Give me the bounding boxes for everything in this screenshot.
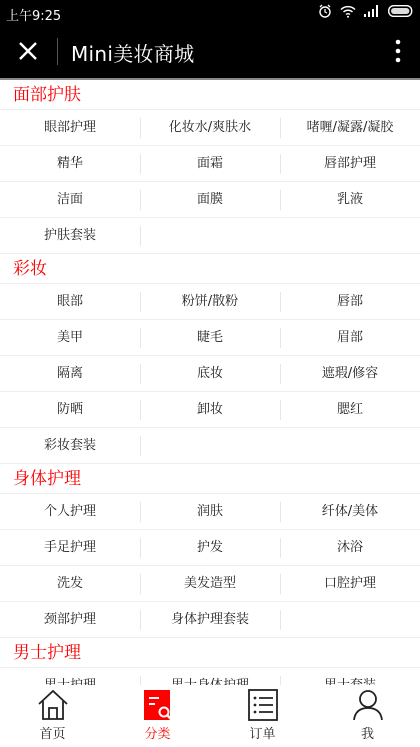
category-row: 眼部 粉饼/散粉 唇部: [0, 284, 420, 320]
wifi-icon: [340, 5, 356, 18]
category-item[interactable]: 润肤: [140, 502, 280, 522]
user-icon: [351, 688, 385, 722]
category-row: 颈部护理 身体护理套装: [0, 602, 420, 638]
category-item[interactable]: 化妆水/爽肤水: [140, 118, 280, 138]
status-bar: 上午9:25: [0, 0, 420, 25]
category-item[interactable]: 美甲: [0, 328, 140, 348]
tab-bar: 首页 分类 订单 我: [0, 685, 420, 747]
signal-icon: [364, 5, 380, 17]
category-row: 个人护理 润肤 纤体/美体: [0, 494, 420, 530]
category-item[interactable]: 沐浴: [280, 538, 420, 558]
category-row: 洁面 面膜 乳液: [0, 182, 420, 218]
page-title: Mini美妆商城: [71, 38, 194, 67]
category-item[interactable]: 唇部: [280, 292, 420, 312]
tab-me[interactable]: 我: [315, 685, 420, 747]
category-item[interactable]: 精华: [0, 154, 140, 174]
category-item[interactable]: 遮瑕/修容: [280, 364, 420, 384]
status-icons: [318, 4, 414, 18]
category-item[interactable]: 卸妆: [140, 400, 280, 420]
status-time: 上午9:25: [6, 5, 61, 24]
category-item[interactable]: 护肤套装: [0, 226, 140, 246]
category-row: 洗发 美发造型 口腔护理: [0, 566, 420, 602]
section-header-makeup: 彩妆: [0, 254, 420, 284]
tab-label: 我: [361, 723, 374, 742]
category-item[interactable]: 身体护理套装: [140, 610, 280, 630]
category-list[interactable]: 面部护肤 眼部护理 化妆水/爽肤水 啫喱/凝露/凝胶 精华 面霜 唇部护理 洁面…: [0, 78, 420, 685]
empty-cell: [140, 226, 280, 246]
empty-cell: [280, 610, 420, 630]
category-item[interactable]: 眼部: [0, 292, 140, 312]
alarm-icon: [318, 4, 332, 18]
category-item[interactable]: 眉部: [280, 328, 420, 348]
tab-home[interactable]: 首页: [0, 685, 105, 747]
battery-icon: [388, 5, 414, 17]
tab-category[interactable]: 分类: [105, 685, 210, 747]
category-item[interactable]: 面膜: [140, 190, 280, 210]
more-vertical-icon[interactable]: [390, 37, 406, 65]
category-row: 男士护理 男士身体护理 男士套装: [0, 668, 420, 685]
title-divider: [57, 38, 58, 65]
category-item[interactable]: 男士身体护理: [140, 676, 280, 686]
category-item[interactable]: 面霜: [140, 154, 280, 174]
category-row: 精华 面霜 唇部护理: [0, 146, 420, 182]
tab-orders[interactable]: 订单: [210, 685, 315, 747]
category-item[interactable]: 睫毛: [140, 328, 280, 348]
category-item[interactable]: 防晒: [0, 400, 140, 420]
tab-label: 首页: [39, 723, 65, 742]
category-item[interactable]: 粉饼/散粉: [140, 292, 280, 312]
category-item[interactable]: 底妆: [140, 364, 280, 384]
category-row: 手足护理 护发 沐浴: [0, 530, 420, 566]
section-header-face-care: 面部护肤: [0, 80, 420, 110]
category-row: 隔离 底妆 遮瑕/修容: [0, 356, 420, 392]
category-item[interactable]: 腮红: [280, 400, 420, 420]
category-item[interactable]: 乳液: [280, 190, 420, 210]
category-item[interactable]: 个人护理: [0, 502, 140, 522]
category-row: 美甲 睫毛 眉部: [0, 320, 420, 356]
category-item[interactable]: 美发造型: [140, 574, 280, 594]
category-item[interactable]: 颈部护理: [0, 610, 140, 630]
category-item[interactable]: 手足护理: [0, 538, 140, 558]
category-search-icon: [141, 688, 175, 722]
category-item[interactable]: 男士套装: [280, 676, 420, 686]
tab-label: 分类: [144, 723, 170, 742]
category-item[interactable]: 隔离: [0, 364, 140, 384]
order-list-icon: [246, 688, 280, 722]
category-item[interactable]: 男士护理: [0, 676, 140, 686]
category-item[interactable]: 洁面: [0, 190, 140, 210]
category-row: 防晒 卸妆 腮红: [0, 392, 420, 428]
category-item[interactable]: 纤体/美体: [280, 502, 420, 522]
category-item[interactable]: 洗发: [0, 574, 140, 594]
tab-label: 订单: [249, 723, 275, 742]
category-item[interactable]: 护发: [140, 538, 280, 558]
category-row: 眼部护理 化妆水/爽肤水 啫喱/凝露/凝胶: [0, 110, 420, 146]
category-row: 护肤套装: [0, 218, 420, 254]
home-icon: [36, 688, 70, 722]
section-header-body-care: 身体护理: [0, 464, 420, 494]
close-icon[interactable]: [14, 37, 42, 65]
empty-cell: [140, 436, 280, 456]
category-item[interactable]: 啫喱/凝露/凝胶: [280, 118, 420, 138]
category-item[interactable]: 口腔护理: [280, 574, 420, 594]
category-item[interactable]: 彩妆套装: [0, 436, 140, 456]
section-header-men-care: 男士护理: [0, 638, 420, 668]
category-item[interactable]: 眼部护理: [0, 118, 140, 138]
title-bar: Mini美妆商城: [0, 25, 420, 78]
category-row: 彩妆套装: [0, 428, 420, 464]
category-item[interactable]: 唇部护理: [280, 154, 420, 174]
